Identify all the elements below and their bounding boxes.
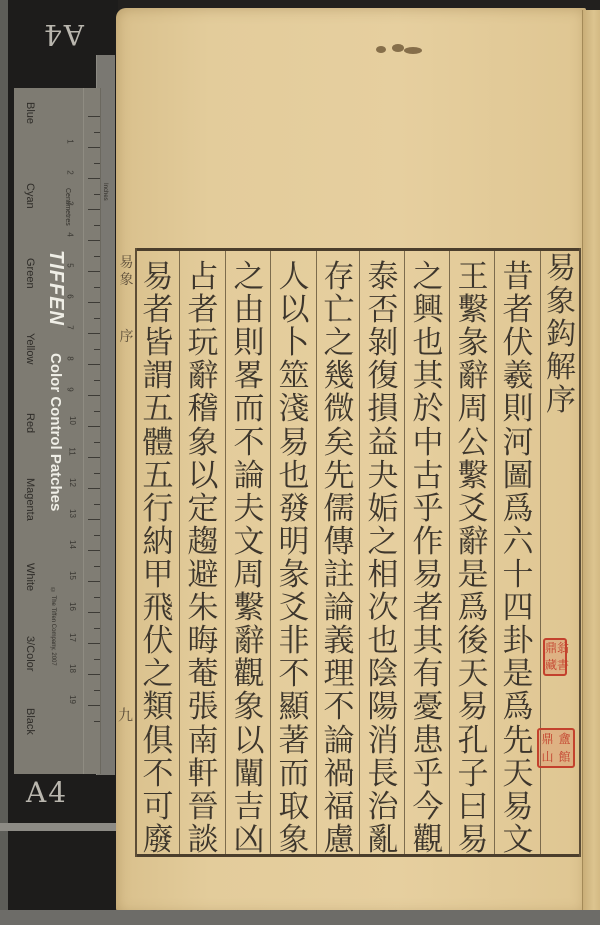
text-char: 不	[234, 428, 265, 459]
text-char: 幾	[324, 361, 355, 392]
patch-label-red: Red	[24, 413, 36, 433]
a4-label-top: A4	[42, 18, 84, 51]
text-char: 其	[413, 361, 444, 392]
ruler-tick	[88, 612, 100, 613]
ruler-tick	[94, 380, 100, 381]
tiffen-logo: TIFFEN	[44, 250, 67, 326]
patch-label-blue: Blue	[24, 102, 36, 124]
title-char: 序	[546, 384, 576, 417]
text-char: 彖	[279, 560, 310, 591]
text-char: 易	[458, 692, 489, 723]
text-char: 益	[368, 428, 399, 459]
text-char: 陽	[368, 692, 399, 723]
ruler-tick	[94, 194, 100, 195]
text-char: 辭	[234, 626, 265, 657]
seal-char: 鼎	[541, 733, 553, 746]
cm-tick-label: 9	[66, 387, 75, 391]
text-char: 則	[503, 394, 534, 425]
text-char: 避	[188, 560, 219, 591]
text-char: 體	[143, 428, 174, 459]
ruler-tick	[88, 550, 100, 551]
text-char: 由	[234, 295, 265, 326]
text-char: 可	[143, 792, 174, 823]
cm-tick-label: 14	[68, 540, 77, 549]
text-char: 非	[279, 626, 310, 657]
patch-label-magenta: Magenta	[24, 478, 36, 521]
ruler-tick	[94, 473, 100, 474]
column-divider	[270, 251, 271, 854]
text-char: 五	[143, 394, 174, 425]
text-char: 以	[188, 461, 219, 492]
column-divider	[225, 251, 226, 854]
text-char: 後	[458, 626, 489, 657]
text-char: 患	[413, 726, 444, 757]
text-char: 存	[324, 262, 355, 293]
text-char: 伏	[503, 328, 534, 359]
text-char: 是	[458, 560, 489, 591]
ruler-tick	[94, 163, 100, 164]
ruler-tick	[94, 659, 100, 660]
text-char: 今	[413, 792, 444, 823]
text-char: 發	[279, 494, 310, 525]
text-char: 是	[503, 659, 534, 690]
seal-char: 書	[557, 659, 569, 672]
cm-tick-label: 16	[68, 602, 77, 611]
text-char: 長	[368, 759, 399, 790]
text-char: 古	[413, 461, 444, 492]
cm-tick-label: 8	[66, 356, 75, 360]
text-char: 天	[458, 659, 489, 690]
ruler-tick	[94, 287, 100, 288]
text-char: 損	[368, 394, 399, 425]
text-char: 先	[324, 461, 355, 492]
text-char: 乎	[413, 759, 444, 790]
text-char: 夬	[368, 461, 399, 492]
text-char: 亂	[368, 825, 399, 856]
cm-tick-label: 2	[66, 170, 75, 174]
text-char: 論	[324, 726, 355, 757]
text-char: 不	[143, 759, 174, 790]
text-column-3: 之興也其於中古乎作易者其有憂患乎今觀	[407, 262, 449, 856]
text-char: 晦	[188, 626, 219, 657]
cm-tick-label: 11	[68, 447, 77, 455]
product-name: Color Control Patches	[47, 353, 64, 511]
a4-label-bottom: A4	[26, 776, 68, 809]
text-char: 也	[279, 461, 310, 492]
text-char: 姤	[368, 494, 399, 525]
column-divider	[316, 251, 317, 854]
text-char: 論	[234, 461, 265, 492]
column-divider	[449, 251, 450, 854]
text-char: 天	[503, 759, 534, 790]
cm-tick-label: 5	[66, 263, 75, 267]
text-char: 以	[279, 295, 310, 326]
text-char: 爲	[503, 494, 534, 525]
text-char: 談	[188, 825, 219, 856]
text-char: 微	[324, 394, 355, 425]
text-char: 理	[324, 659, 355, 690]
board-edge	[0, 0, 8, 925]
text-char: 顯	[279, 692, 310, 723]
column-divider	[404, 251, 405, 854]
text-char: 憂	[413, 692, 444, 723]
text-column-6: 人以卜筮淺易也發明彖爻非不顯著而取象	[273, 262, 315, 856]
text-char: 晉	[188, 792, 219, 823]
text-char: 凶	[234, 825, 265, 856]
text-char: 昔	[503, 262, 534, 293]
text-char: 皆	[143, 328, 174, 359]
copyright-notice: © The Tiffen Company, 2007	[50, 588, 56, 666]
text-char: 辭	[458, 527, 489, 558]
text-char: 類	[143, 692, 174, 723]
text-char: 謂	[143, 361, 174, 392]
ruler-tick	[88, 674, 100, 675]
text-char: 易	[279, 428, 310, 459]
text-char: 之	[143, 659, 174, 690]
text-char: 易	[143, 262, 174, 293]
patch-label-white: White	[24, 563, 36, 591]
text-char: 矣	[324, 428, 355, 459]
text-char: 福	[324, 792, 355, 823]
text-char: 之	[234, 262, 265, 293]
text-char: 易	[503, 792, 534, 823]
text-column-1: 昔者伏羲則河圖爲六十四卦是爲先天易文	[497, 262, 539, 856]
text-char: 泰	[368, 262, 399, 293]
ruler-tick	[88, 426, 100, 427]
margin-char: 序	[120, 329, 134, 346]
text-char: 人	[279, 262, 310, 293]
cm-tick-label: 17	[68, 633, 77, 642]
patch-label-black: Black	[24, 708, 36, 735]
scan-scene: A4 Centimetres Inches TIFFEN Color Contr…	[0, 0, 600, 925]
text-char: 以	[234, 726, 265, 757]
text-char: 者	[188, 295, 219, 326]
text-char: 易	[458, 825, 489, 856]
text-char: 之	[413, 262, 444, 293]
text-char: 繫	[458, 461, 489, 492]
text-char: 否	[368, 295, 399, 326]
ruler-tick	[88, 395, 100, 396]
text-char: 相	[368, 560, 399, 591]
text-char: 者	[503, 295, 534, 326]
frame-right-border	[579, 248, 581, 857]
ruler-tick	[88, 178, 100, 179]
text-char: 中	[413, 428, 444, 459]
ruler-tick	[94, 349, 100, 350]
title-char: 易	[546, 252, 576, 285]
gray-divider-bar	[0, 823, 118, 831]
text-char: 不	[279, 659, 310, 690]
page-fold-edge	[582, 10, 600, 910]
ruler-tick	[94, 411, 100, 412]
text-char: 玩	[188, 328, 219, 359]
cm-tick-label: 15	[68, 571, 77, 580]
text-char: 文	[234, 527, 265, 558]
column-divider	[494, 251, 495, 854]
cm-tick-label: 7	[66, 325, 75, 329]
text-char: 於	[413, 394, 444, 425]
ruler-tick	[88, 364, 100, 365]
cm-tick-label: 3	[66, 201, 75, 205]
seal-char: 翁	[557, 642, 569, 655]
text-char: 夫	[234, 494, 265, 525]
ruler-tick	[88, 302, 100, 303]
margin-char: 象	[120, 272, 134, 289]
text-char: 消	[368, 726, 399, 757]
text-char: 者	[413, 593, 444, 624]
text-column-8: 占者玩辭稽象以定趨避朱晦菴張南軒晉談	[182, 262, 224, 856]
text-char: 辭	[458, 361, 489, 392]
text-char: 稽	[188, 394, 219, 425]
ruler-tick	[94, 690, 100, 691]
text-char: 先	[503, 726, 534, 757]
collector-seal-1: 鼎 翁 藏 書	[543, 638, 567, 676]
text-char: 則	[234, 328, 265, 359]
patch-label-green: Green	[24, 258, 36, 289]
ruler-tick	[88, 116, 100, 117]
text-column-7: 之由則畧而不論夫文周繫辭觀象以闡吉凶	[228, 262, 270, 856]
calibration-board: A4 Centimetres Inches TIFFEN Color Contr…	[0, 0, 118, 925]
text-char: 卦	[503, 626, 534, 657]
ruler-tick	[94, 535, 100, 536]
document-title: 易 象 鈎 解 序	[543, 252, 579, 417]
text-char: 圖	[503, 461, 534, 492]
text-char: 孔	[458, 726, 489, 757]
text-char: 不	[324, 692, 355, 723]
text-char: 羲	[503, 361, 534, 392]
text-char: 朱	[188, 593, 219, 624]
paper-stain	[392, 44, 404, 52]
text-char: 公	[458, 428, 489, 459]
text-char: 爲	[503, 692, 534, 723]
text-char: 卜	[279, 328, 310, 359]
bottom-gray-bar	[0, 910, 600, 925]
text-char: 淺	[279, 394, 310, 425]
text-char: 辭	[188, 361, 219, 392]
color-control-card: Centimetres Inches TIFFEN Color Control …	[14, 88, 101, 774]
text-char: 傳	[324, 527, 355, 558]
ruler-tick	[94, 256, 100, 257]
margin-page-number: 九	[118, 704, 133, 725]
text-char: 五	[143, 461, 174, 492]
ruler	[83, 88, 100, 774]
text-char: 畧	[234, 361, 265, 392]
text-char: 剝	[368, 328, 399, 359]
text-char: 陰	[368, 659, 399, 690]
ruler-tick	[94, 318, 100, 319]
text-char: 廢	[143, 825, 174, 856]
inches-label: Inches	[102, 183, 108, 201]
cm-tick-label: 12	[68, 478, 77, 487]
ruler-tick	[94, 628, 100, 629]
text-char: 象	[188, 428, 219, 459]
text-char: 觀	[234, 659, 265, 690]
seal-char: 山	[541, 751, 553, 764]
text-column-5: 存亡之幾微矣先儒傳註論義理不論禍福慮	[318, 262, 360, 856]
margin-title: 易 象 序	[118, 255, 135, 346]
text-char: 象	[234, 692, 265, 723]
text-char: 繫	[234, 593, 265, 624]
text-char: 爲	[458, 593, 489, 624]
ruler-tick	[88, 147, 100, 148]
margin-char: 易	[120, 255, 134, 272]
text-char: 論	[324, 593, 355, 624]
text-char: 之	[324, 328, 355, 359]
text-char: 六	[503, 527, 534, 558]
text-char: 占	[188, 262, 219, 293]
text-char: 儒	[324, 494, 355, 525]
text-char: 十	[503, 560, 534, 591]
text-char: 易	[413, 560, 444, 591]
ruler-tick	[88, 240, 100, 241]
ruler-tick	[94, 721, 100, 722]
text-char: 定	[188, 494, 219, 525]
title-char: 鈎	[546, 318, 576, 351]
ruler-tick	[94, 597, 100, 598]
text-char: 筮	[279, 361, 310, 392]
text-char: 菴	[188, 659, 219, 690]
text-char: 禍	[324, 759, 355, 790]
text-char: 取	[279, 792, 310, 823]
text-char: 有	[413, 659, 444, 690]
text-char: 也	[368, 626, 399, 657]
ruler-tick	[94, 225, 100, 226]
text-char: 曰	[458, 792, 489, 823]
text-char: 者	[143, 295, 174, 326]
text-char: 慮	[324, 825, 355, 856]
text-char: 繫	[458, 295, 489, 326]
ruler-tick	[88, 643, 100, 644]
text-char: 周	[234, 560, 265, 591]
text-char: 亡	[324, 295, 355, 326]
text-char: 爻	[458, 494, 489, 525]
text-char: 之	[368, 527, 399, 558]
paper-stain	[376, 46, 386, 53]
text-char: 治	[368, 792, 399, 823]
text-char: 行	[143, 494, 174, 525]
text-char: 乎	[413, 494, 444, 525]
text-char: 子	[458, 759, 489, 790]
ruler-tick	[88, 333, 100, 334]
text-char: 爻	[279, 593, 310, 624]
text-char: 義	[324, 626, 355, 657]
text-char: 也	[413, 328, 444, 359]
cm-tick-label: 18	[68, 664, 77, 673]
text-char: 明	[279, 527, 310, 558]
text-char: 飛	[143, 593, 174, 624]
cm-tick-label: 4	[66, 232, 75, 236]
ruler-tick	[88, 209, 100, 210]
text-char: 觀	[413, 825, 444, 856]
column-divider	[179, 251, 180, 854]
text-column-2: 王繫彖辭周公繫爻辭是爲後天易孔子曰易	[452, 262, 494, 856]
text-char: 象	[279, 825, 310, 856]
ruler-tick	[88, 488, 100, 489]
text-char: 作	[413, 527, 444, 558]
ruler-tick	[88, 519, 100, 520]
seal-char: 鼎	[545, 642, 557, 655]
ruler-tick	[94, 442, 100, 443]
text-char: 俱	[143, 726, 174, 757]
text-char: 河	[503, 428, 534, 459]
ruler-tick	[88, 457, 100, 458]
text-char: 著	[279, 726, 310, 757]
title-char: 解	[546, 351, 576, 384]
patch-label-cyan: Cyan	[24, 183, 36, 209]
text-char: 文	[503, 825, 534, 856]
text-char: 彖	[458, 328, 489, 359]
cm-tick-label: 19	[68, 695, 77, 704]
text-column-4: 泰否剝復損益夬姤之相次也陰陽消長治亂	[362, 262, 404, 856]
text-char: 其	[413, 626, 444, 657]
text-char: 納	[143, 527, 174, 558]
text-column-9: 易者皆謂五體五行納甲飛伏之類俱不可廢	[137, 262, 179, 856]
title-char: 象	[546, 285, 576, 318]
text-char: 四	[503, 593, 534, 624]
cm-tick-label: 10	[68, 416, 77, 425]
ruler-tick	[94, 504, 100, 505]
patch-label-3color: 3/Color	[24, 636, 36, 671]
text-char: 甲	[143, 560, 174, 591]
ruler-tick	[94, 566, 100, 567]
text-char: 而	[234, 394, 265, 425]
centimetres-label: Centimetres	[64, 188, 71, 226]
text-char: 張	[188, 692, 219, 723]
text-char: 吉	[234, 792, 265, 823]
text-char: 而	[279, 759, 310, 790]
collector-seal-2: 鼎 盦 山 館	[537, 728, 575, 768]
cm-tick-label: 6	[66, 294, 75, 298]
ruler-tick	[94, 132, 100, 133]
seal-char: 館	[558, 751, 570, 764]
seal-char: 盦	[558, 733, 570, 746]
text-char: 復	[368, 361, 399, 392]
ruler-tick	[88, 705, 100, 706]
cm-tick-label: 1	[66, 139, 75, 143]
text-char: 興	[413, 295, 444, 326]
text-char: 次	[368, 593, 399, 624]
text-char: 王	[458, 262, 489, 293]
ruler-tick	[88, 581, 100, 582]
seal-char: 藏	[545, 659, 557, 672]
text-char: 軒	[188, 759, 219, 790]
text-char: 周	[458, 394, 489, 425]
text-char: 趨	[188, 527, 219, 558]
ruler-tick	[88, 271, 100, 272]
text-char: 伏	[143, 626, 174, 657]
text-char: 南	[188, 726, 219, 757]
paper-stain	[404, 47, 422, 54]
cm-tick-label: 13	[68, 509, 77, 518]
text-char: 註	[324, 560, 355, 591]
patch-label-yellow: Yellow	[24, 333, 36, 364]
text-char: 闡	[234, 759, 265, 790]
